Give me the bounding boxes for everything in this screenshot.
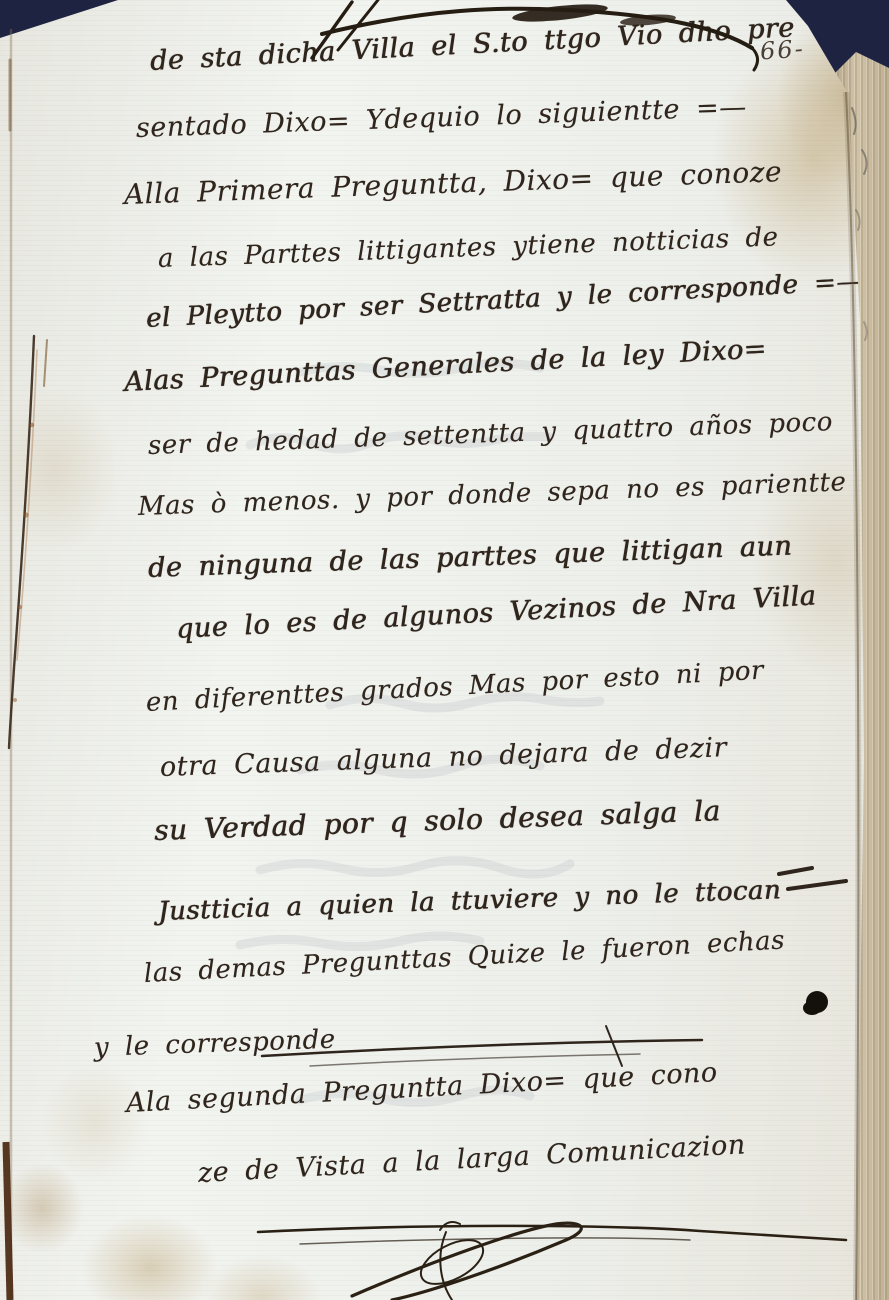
manuscript-line-4: a las Parttes littigantes ytiene nottici… bbox=[157, 222, 779, 274]
manuscript-line-2: sentado Dixo= Ydequio lo siguientte =— bbox=[135, 92, 747, 144]
manuscript-line-1: de sta dicha Villa el S.to ttgo Vio dho … bbox=[149, 12, 795, 77]
manuscript-line-9: de ninguna de las parttes que littigan a… bbox=[147, 531, 792, 584]
manuscript-line-18: ze de Vista a la larga Comunicazion bbox=[197, 1129, 746, 1189]
manuscript-line-11: en diferenttes grados Mas por esto ni po… bbox=[145, 656, 764, 718]
manuscript-line-14: Justticia a quien la ttuviere y no le tt… bbox=[157, 875, 781, 927]
manuscript-line-8: Mas ò menos. y por donde sepa no es pari… bbox=[137, 467, 846, 522]
manuscript-photo: de sta dicha Villa el S.to ttgo Vio dho … bbox=[0, 0, 889, 1300]
manuscript-line-5: el Pleytto por ser Settratta y le corres… bbox=[145, 266, 863, 334]
manuscript-line-6: Alas Pregunttas Generales de la ley Dixo… bbox=[123, 333, 767, 398]
manuscript-line-13: su Verdad por q solo desea salga la bbox=[153, 794, 721, 847]
manuscript-line-16: y le corresponde bbox=[93, 1025, 336, 1063]
folio-number: 66- bbox=[759, 34, 806, 65]
manuscript-line-17: Ala segunda Preguntta Dixo= que cono bbox=[125, 1057, 718, 1119]
manuscript-page: de sta dicha Villa el S.to ttgo Vio dho … bbox=[0, 0, 889, 1300]
manuscript-line-15: las demas Pregunttas Quize le fueron ech… bbox=[143, 925, 785, 989]
manuscript-line-3: Alla Primera Preguntta, Dixo= que conoze bbox=[123, 155, 782, 211]
manuscript-line-7: ser de hedad de settentta y quattro años… bbox=[147, 407, 833, 461]
manuscript-line-12: otra Causa alguna no dejara de dezir bbox=[159, 732, 727, 783]
manuscript-line-10: que lo es de algunos Vezinos de Nra Vill… bbox=[175, 580, 817, 645]
